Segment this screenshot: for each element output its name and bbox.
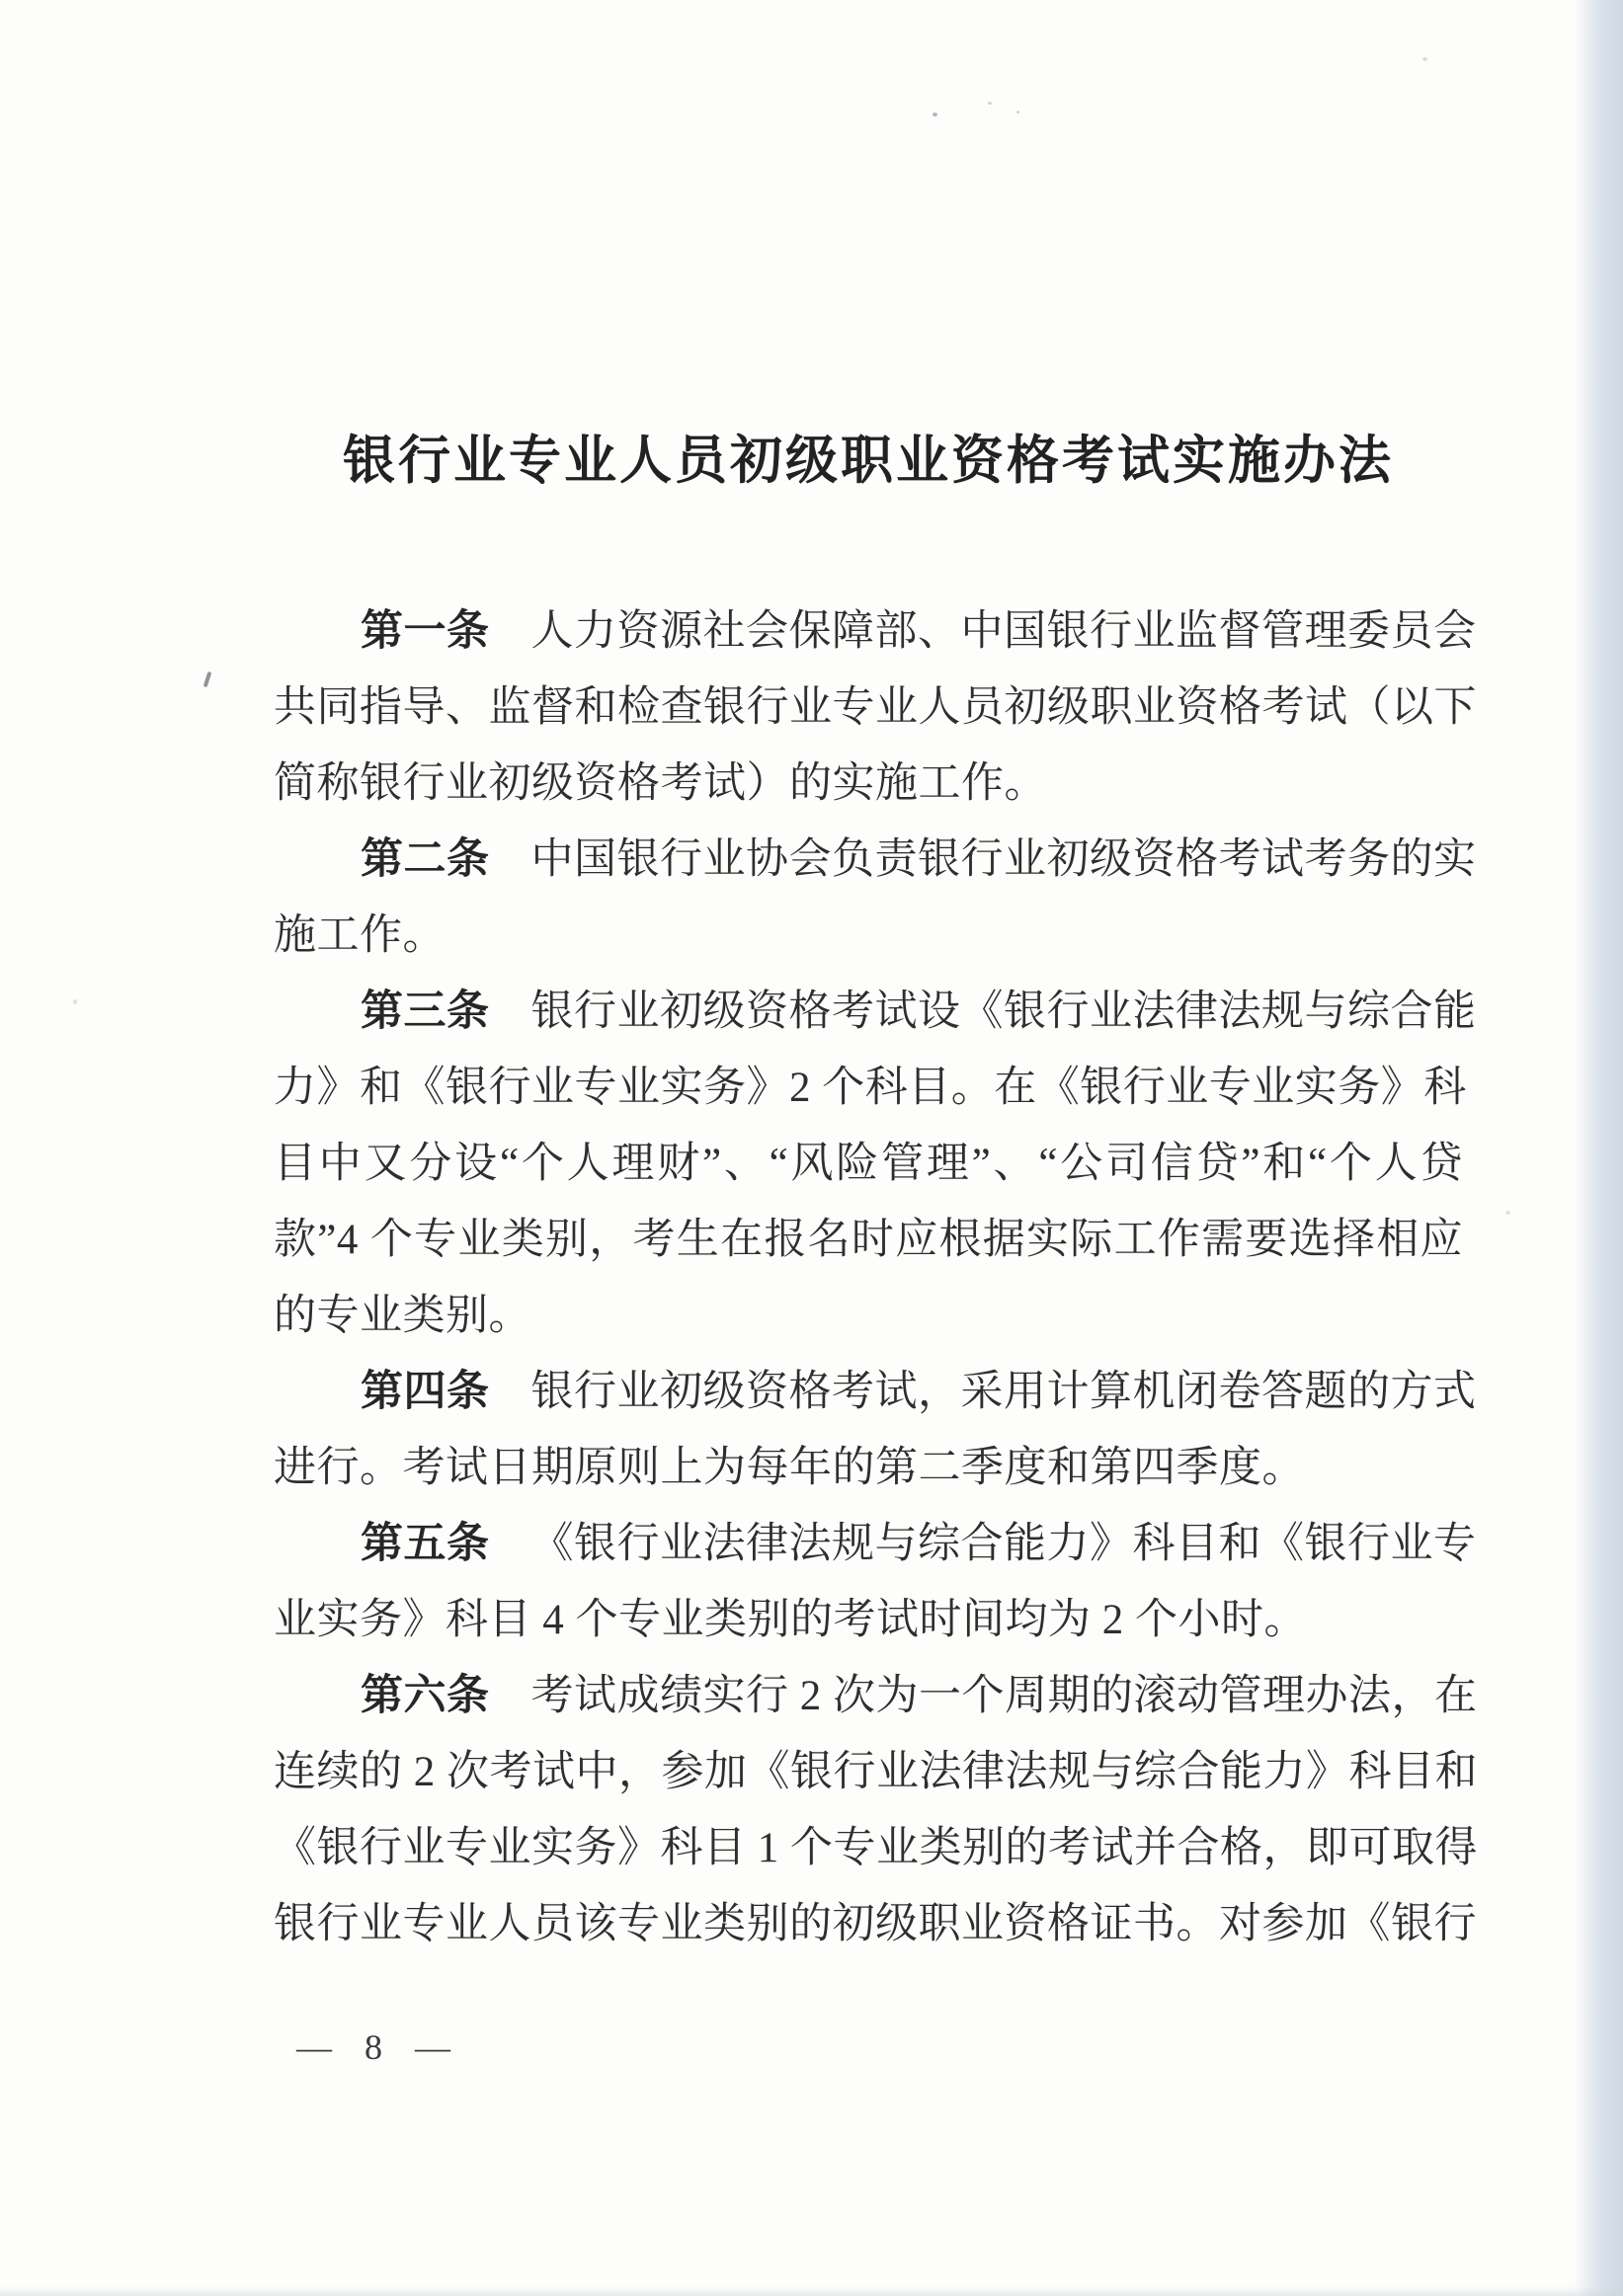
body-line: 款”4 个专业类别，考生在报名时应根据实际工作需要选择相应 bbox=[274, 1202, 1463, 1278]
body-line: 第六条考试成绩实行 2 次为一个周期的滚动管理办法，在 bbox=[274, 1658, 1463, 1734]
body-line: 第四条银行业初级资格考试，采用计算机闭卷答题的方式 bbox=[274, 1354, 1463, 1430]
article-number: 第二条 bbox=[361, 835, 490, 883]
line-text: 共同指导、监督和检查银行业专业人员初级职业资格考试（以下 bbox=[274, 684, 1477, 731]
article-number: 第六条 bbox=[361, 1672, 490, 1719]
scan-tick-mark bbox=[203, 672, 212, 687]
body-line: 的专业类别。 bbox=[274, 1278, 1463, 1354]
scan-speck-1 bbox=[933, 113, 937, 117]
body-line: 共同指导、监督和检查银行业专业人员初级职业资格考试（以下 bbox=[274, 670, 1463, 746]
body-line: 第一条人力资源社会保障部、中国银行业监督管理委员会 bbox=[274, 594, 1463, 670]
body-line: 目中又分设“个人理财”、“风险管理”、“公司信贷”和“个人贷 bbox=[274, 1126, 1463, 1202]
line-text: 连续的 2 次考试中，参加《银行业法律法规与综合能力》科目和 bbox=[274, 1749, 1478, 1795]
scan-speck-2 bbox=[988, 102, 992, 105]
article-number: 第五条 bbox=[361, 1520, 490, 1567]
line-text: 的专业类别。 bbox=[274, 1293, 531, 1339]
line-text: 业实务》科目 4 个专业类别的考试时间均为 2 个小时。 bbox=[274, 1597, 1307, 1643]
body-line: 第五条《银行业法律法规与综合能力》科目和《银行业专 bbox=[274, 1506, 1463, 1582]
scan-speck-5 bbox=[1505, 1211, 1510, 1215]
body-line: 第三条银行业初级资格考试设《银行业法律法规与综合能 bbox=[274, 974, 1463, 1050]
scan-speck-3 bbox=[1422, 57, 1427, 61]
line-text: 简称银行业初级资格考试）的实施工作。 bbox=[274, 760, 1047, 807]
document-title: 银行业专业人员初级职业资格考试实施办法 bbox=[274, 419, 1463, 494]
body-line: 第二条中国银行业协会负责银行业初级资格考试考务的实 bbox=[274, 822, 1463, 898]
scan-page-bottom-edge bbox=[0, 2286, 1623, 2296]
scan-speck-4 bbox=[1016, 111, 1019, 114]
body-line: 力》和《银行业专业实务》2 个科目。在《银行业专业实务》科 bbox=[274, 1050, 1463, 1126]
article-number: 第一条 bbox=[361, 607, 490, 655]
line-text: 《银行业专业实务》科目 1 个专业类别的考试并合格，即可取得 bbox=[274, 1825, 1478, 1871]
body-line: 银行业专业人员该专业类别的初级职业资格证书。对参加《银行 bbox=[274, 1886, 1463, 1962]
line-text: 《银行业法律法规与综合能力》科目和《银行业专 bbox=[531, 1521, 1477, 1567]
body-line: 《银行业专业实务》科目 1 个专业类别的考试并合格，即可取得 bbox=[274, 1810, 1463, 1886]
line-text: 银行业初级资格考试，采用计算机闭卷答题的方式 bbox=[531, 1369, 1477, 1415]
line-text: 银行业初级资格考试设《银行业法律法规与综合能 bbox=[531, 989, 1477, 1035]
document-body: 第一条人力资源社会保障部、中国银行业监督管理委员会 共同指导、监督和检查银行业专… bbox=[274, 594, 1463, 1962]
line-text: 施工作。 bbox=[274, 912, 446, 959]
line-text: 进行。考试日期原则上为每年的第二季度和第四季度。 bbox=[274, 1445, 1305, 1491]
article-number: 第三条 bbox=[361, 988, 490, 1035]
scan-speck-6 bbox=[73, 999, 77, 1004]
scanned-document-page: 银行业专业人员初级职业资格考试实施办法 第一条人力资源社会保障部、中国银行业监督… bbox=[0, 0, 1623, 2296]
line-text: 力》和《银行业专业实务》2 个科目。在《银行业专业实务》科 bbox=[274, 1065, 1467, 1111]
line-text: 目中又分设“个人理财”、“风险管理”、“公司信贷”和“个人贷 bbox=[274, 1141, 1463, 1187]
body-line: 进行。考试日期原则上为每年的第二季度和第四季度。 bbox=[274, 1430, 1463, 1506]
article-number: 第四条 bbox=[361, 1368, 490, 1415]
line-text: 款”4 个专业类别，考生在报名时应根据实际工作需要选择相应 bbox=[274, 1217, 1463, 1263]
line-text: 中国银行业协会负责银行业初级资格考试考务的实 bbox=[531, 836, 1477, 883]
body-line: 业实务》科目 4 个专业类别的考试时间均为 2 个小时。 bbox=[274, 1582, 1463, 1658]
line-text: 银行业专业人员该专业类别的初级职业资格证书。对参加《银行 bbox=[274, 1901, 1477, 1947]
scan-page-right-edge bbox=[1574, 0, 1623, 2296]
line-text: 考试成绩实行 2 次为一个周期的滚动管理办法，在 bbox=[531, 1673, 1478, 1719]
body-line: 连续的 2 次考试中，参加《银行业法律法规与综合能力》科目和 bbox=[274, 1734, 1463, 1810]
page-number: — 8 — bbox=[296, 2026, 452, 2068]
body-line: 简称银行业初级资格考试）的实施工作。 bbox=[274, 746, 1463, 822]
body-line: 施工作。 bbox=[274, 898, 1463, 974]
line-text: 人力资源社会保障部、中国银行业监督管理委员会 bbox=[531, 608, 1477, 655]
